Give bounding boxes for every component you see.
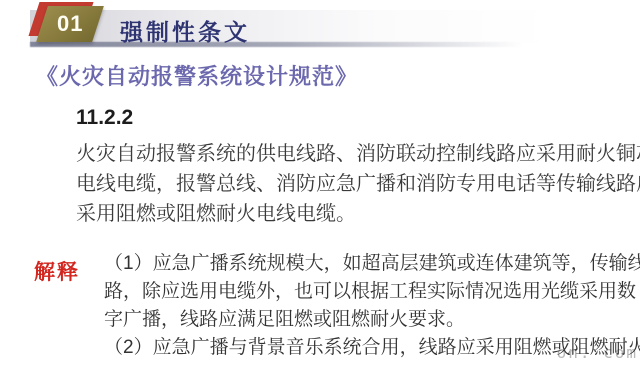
header-banner-shadow bbox=[30, 42, 610, 47]
header-banner-band bbox=[30, 10, 610, 43]
regulation-line: 火灾自动报警系统的供电线路、消防联动控制线路应采用耐火铜芯 bbox=[76, 139, 628, 169]
regulation-line: 电线电缆，报警总线、消防应急广播和消防专用电话等传输线路应 bbox=[76, 169, 628, 199]
regulation-line: 采用阻燃或阻燃耐火电线电缆。 bbox=[76, 199, 628, 229]
section-code: 11.2.2 bbox=[76, 106, 133, 130]
explanation-line: （2）应急广播与背景音乐系统合用，线路应采用阻燃或阻燃耐火 bbox=[104, 334, 638, 362]
header-label: 强制性条文 bbox=[120, 14, 250, 47]
explanation-label: 解释 bbox=[34, 256, 80, 286]
regulation-paragraph: 火灾自动报警系统的供电线路、消防联动控制线路应采用耐火铜芯 电线电缆，报警总线、… bbox=[76, 139, 628, 229]
header-number: 01 bbox=[57, 11, 83, 37]
explanation-paragraph: （1）应急广播系统规模大，如超高层建筑或连体建筑等，传输线 路，除应选用电缆外，… bbox=[104, 250, 638, 362]
explanation-line: 字广播，线路应满足阻燃或阻燃耐火要求。 bbox=[104, 306, 638, 334]
document-title: 《火灾自动报警系统设计规范》 bbox=[36, 60, 358, 91]
explanation-line: （1）应急广播系统规模大，如超高层建筑或连体建筑等，传输线 bbox=[104, 250, 638, 278]
slide: 01 强制性条文 《火灾自动报警系统设计规范》 11.2.2 火灾自动报警系统的… bbox=[0, 0, 640, 366]
header-number-badge: 01 bbox=[36, 6, 104, 42]
explanation-line: 路，除应选用电缆外，也可以根据工程实际情况选用光缆采用数 bbox=[104, 278, 638, 306]
